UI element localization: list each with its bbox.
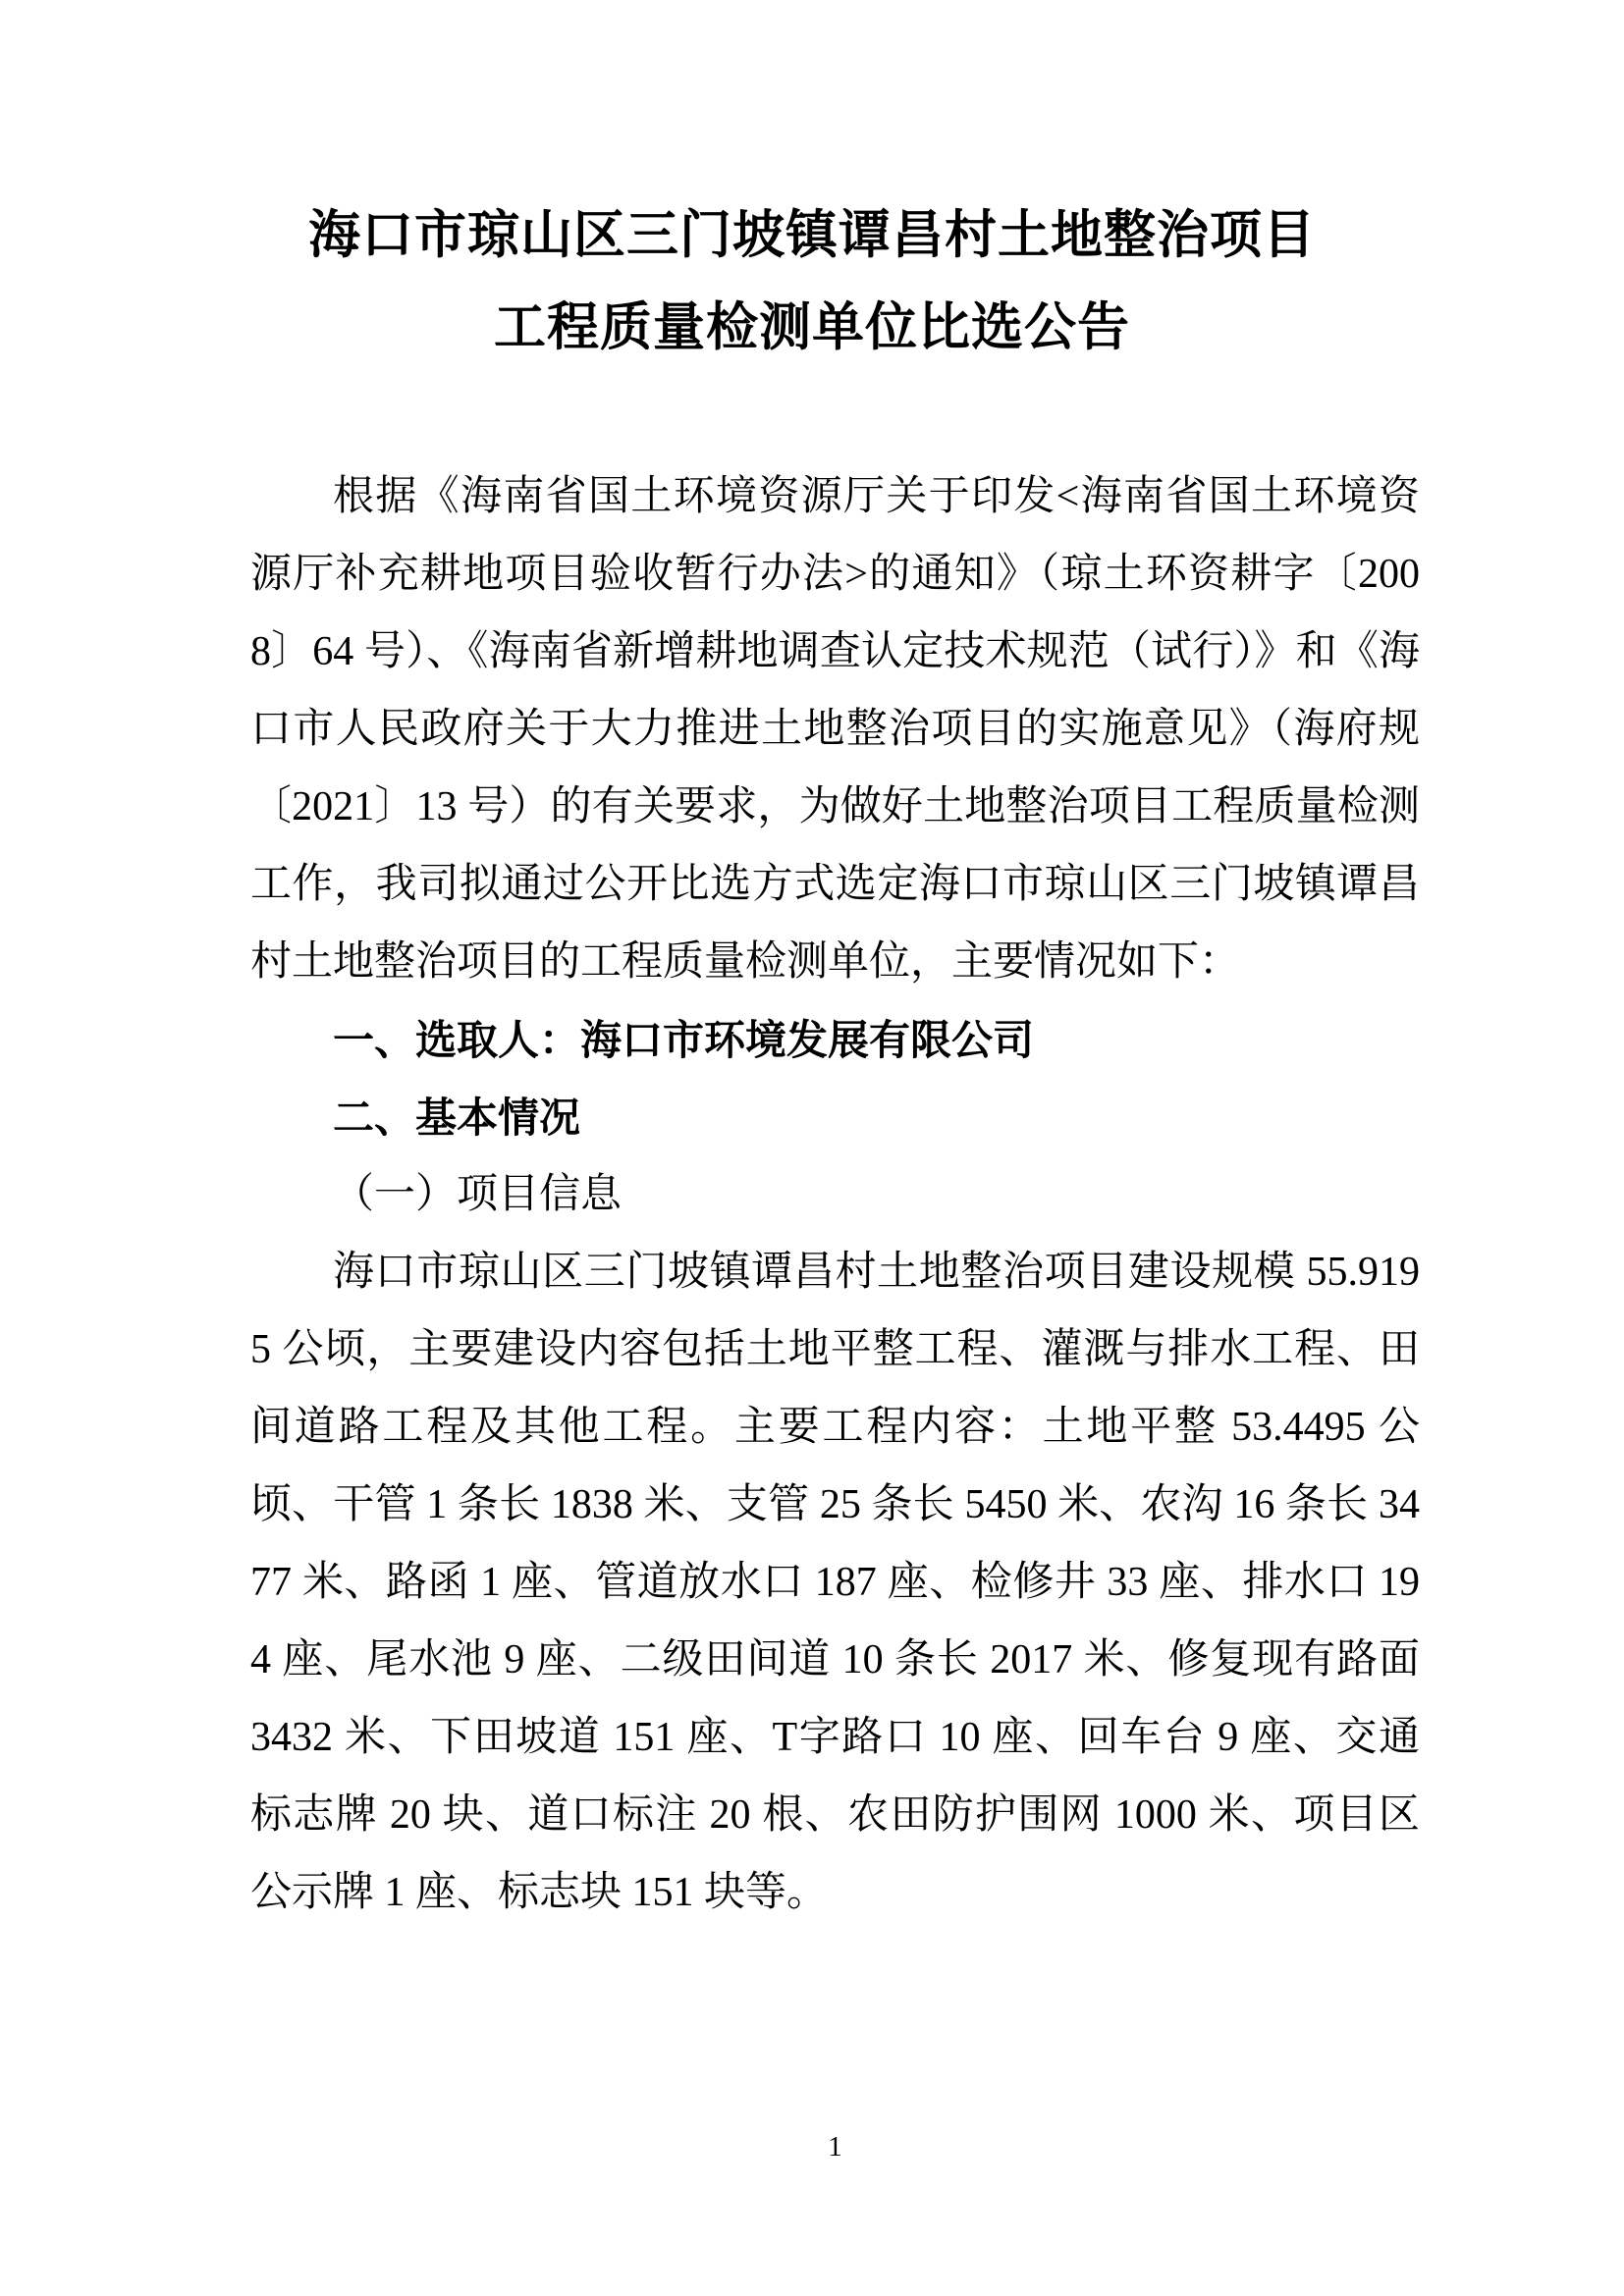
document-page: 海口市琼山区三门坡镇谭昌村土地整治项目 工程质量检测单位比选公告 根据《海南省国… bbox=[0, 0, 1624, 2296]
section-2-heading: 二、基本情况 bbox=[250, 1079, 1420, 1156]
document-title: 海口市琼山区三门坡镇谭昌村土地整治项目 工程质量检测单位比选公告 bbox=[0, 189, 1624, 374]
subsection-1-heading: （一）项目信息 bbox=[250, 1156, 1420, 1234]
page-number: 1 bbox=[250, 2127, 1420, 2166]
title-line-2: 工程质量检测单位比选公告 bbox=[0, 282, 1624, 374]
document-body: 根据《海南省国土环境资源厅关于印发<海南省国土环境资源厅补充耕地项目验收暂行办法… bbox=[250, 458, 1420, 1932]
section-1-heading: 一、选取人：海口市环境发展有限公司 bbox=[250, 1001, 1420, 1079]
title-line-1: 海口市琼山区三门坡镇谭昌村土地整治项目 bbox=[0, 189, 1624, 282]
project-info-paragraph: 海口市琼山区三门坡镇谭昌村土地整治项目建设规模 55.9195 公顷，主要建设内… bbox=[250, 1234, 1420, 1932]
intro-paragraph: 根据《海南省国土环境资源厅关于印发<海南省国土环境资源厅补充耕地项目验收暂行办法… bbox=[250, 458, 1420, 1001]
